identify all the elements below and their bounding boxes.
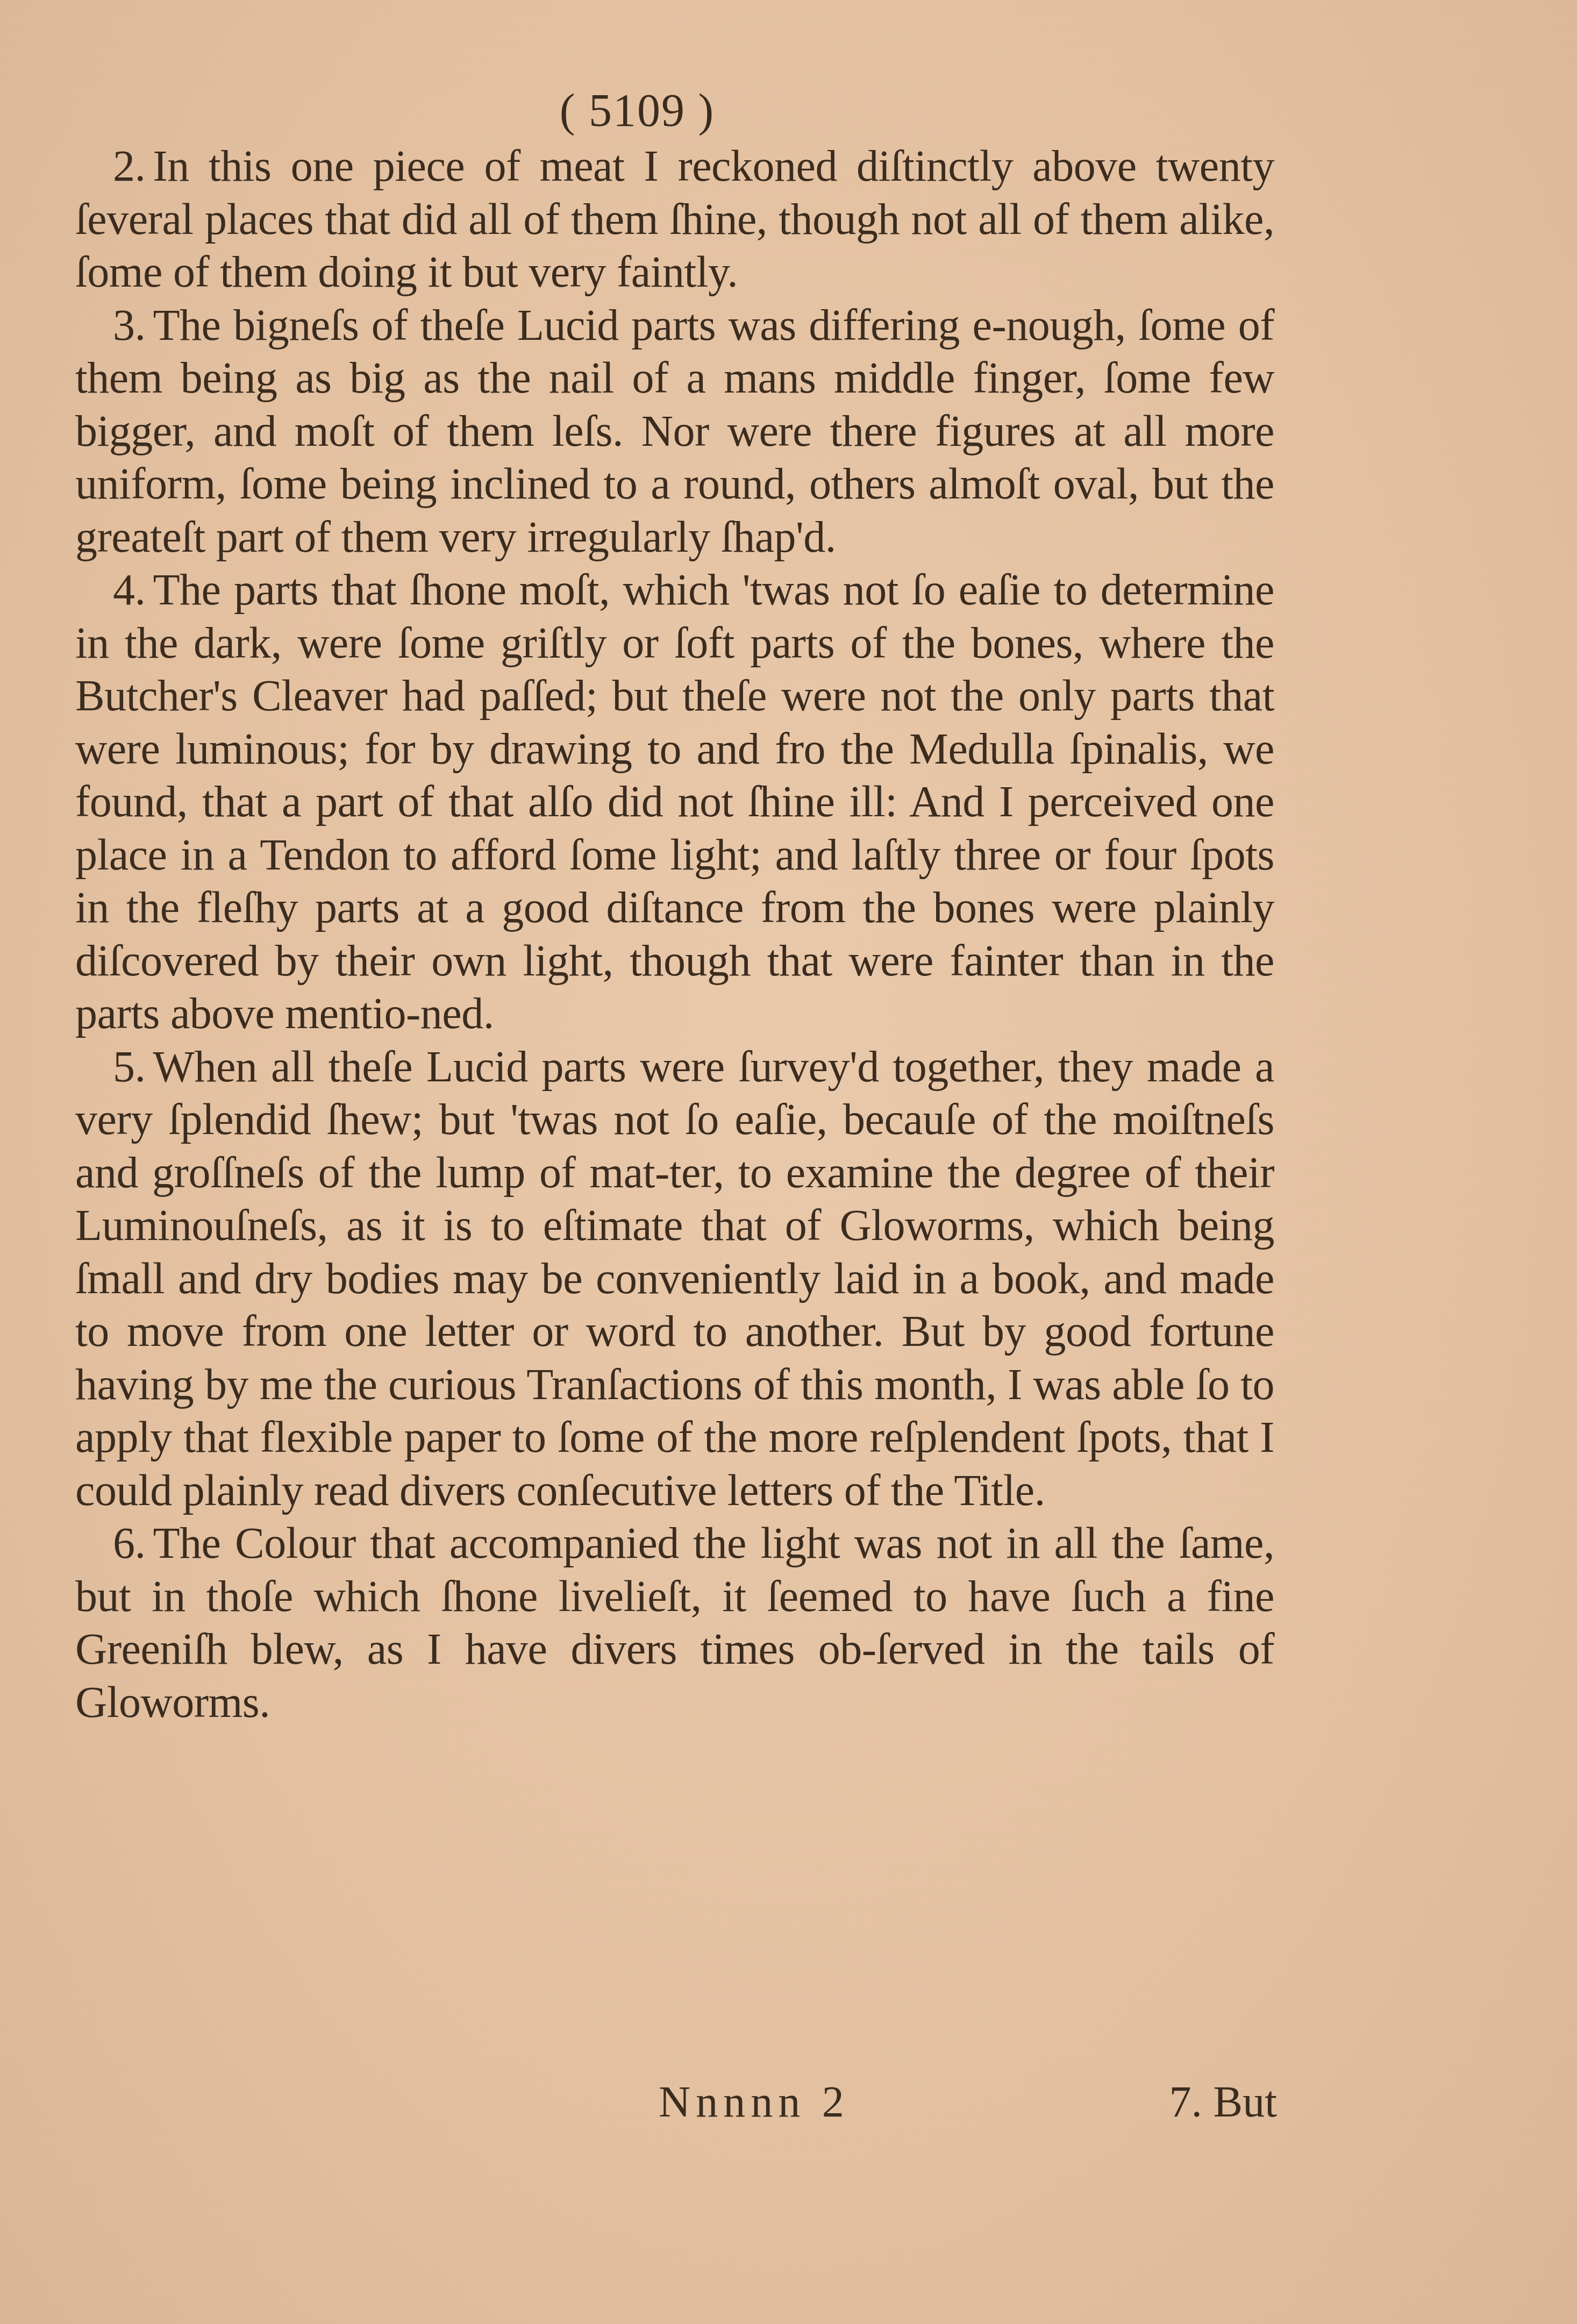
catchword: 7. But <box>1169 2076 1277 2128</box>
page-number: ( 5109 ) <box>75 81 1274 140</box>
signature-mark: Nnnnn 2 <box>659 2076 850 2128</box>
paragraph-3: 3.The bigneſs of theſe Lucid parts was d… <box>75 299 1274 564</box>
paragraph-5: 5.When all theſe Lucid parts were ſurvey… <box>75 1040 1274 1517</box>
paragraph-text: The parts that ſhone moſt, which 'twas n… <box>75 565 1274 1038</box>
paragraph-2: 2.In this one piece of meat I reckoned d… <box>75 140 1274 299</box>
document-page: ( 5109 ) 2.In this one piece of meat I r… <box>75 81 1274 1729</box>
page-footer: Nnnnn 2 7. But <box>659 2076 1277 2128</box>
paragraph-text: In this one piece of meat I reckoned diſ… <box>75 141 1274 296</box>
paragraph-4: 4.The parts that ſhone moſt, which 'twas… <box>75 564 1274 1040</box>
paragraph-6: 6.The Colour that accompanied the light … <box>75 1517 1274 1729</box>
paragraph-number: 2. <box>113 141 146 190</box>
paragraph-number: 4. <box>113 565 146 614</box>
paragraph-text: The Colour that accompanied the light wa… <box>75 1519 1274 1727</box>
paragraph-text: When all theſe Lucid parts were ſurvey'd… <box>75 1042 1274 1515</box>
paragraph-number: 5. <box>113 1042 146 1091</box>
paragraph-number: 3. <box>113 301 146 350</box>
paragraph-number: 6. <box>113 1519 146 1567</box>
paragraph-text: The bigneſs of theſe Lucid parts was dif… <box>75 301 1274 561</box>
